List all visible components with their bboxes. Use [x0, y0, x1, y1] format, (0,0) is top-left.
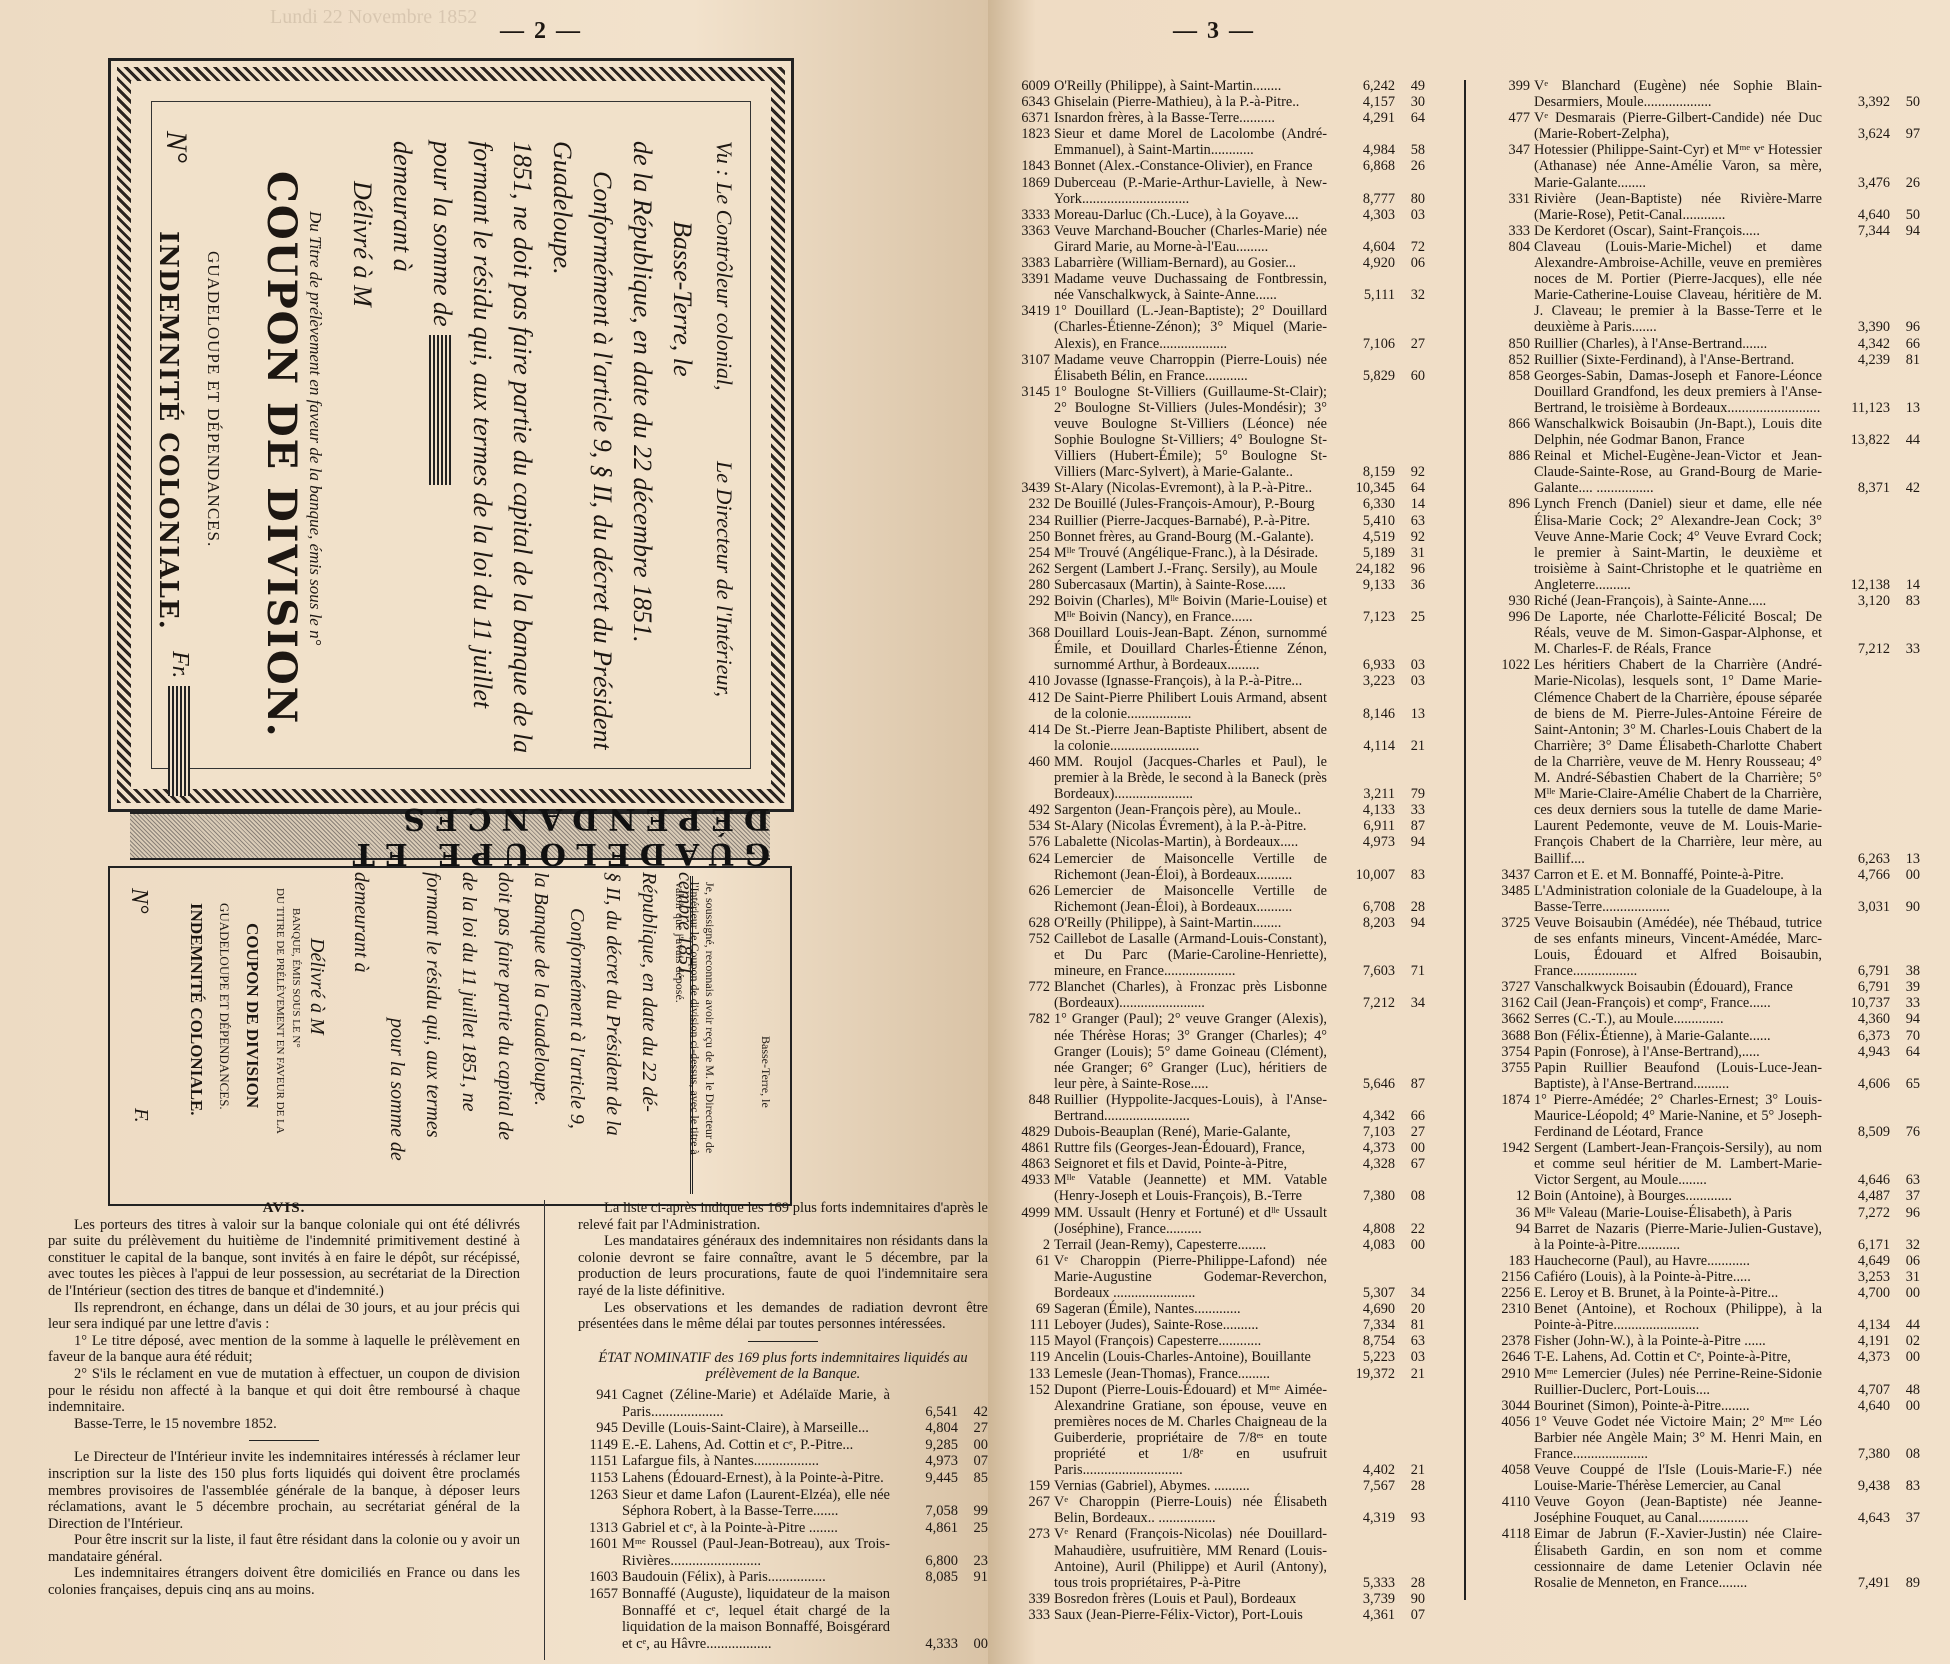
entry-cents: 03: [1399, 657, 1425, 673]
list-entry: 2378Fisher (John-W.), à la Pointe-à-Pitr…: [1490, 1333, 1920, 1349]
entry-amount: 19,372: [1331, 1366, 1395, 1382]
list-entry: 1601Mᵐᵉ Roussel (Paul-Jean-Botreau), aux…: [578, 1536, 988, 1569]
entry-name: St-Alary (Nicolas-Evremont), à la P.-à-P…: [1054, 480, 1327, 496]
entry-amount: 4,973: [1331, 834, 1395, 850]
coupon-stub: N° F. INDEMNITÉ COLONIALE. GUADELOUPE ET…: [108, 866, 792, 1206]
entry-cents: 25: [1399, 609, 1425, 625]
entry-amount: 4,643: [1826, 1510, 1890, 1526]
stub-subtitle: GUADELOUPE ET DÉPENDANCES.: [216, 903, 232, 1110]
entry-number: 12: [1490, 1188, 1530, 1204]
entry-name: Papin (Fonrose), à l'Anse-Bertrand),....…: [1534, 1044, 1822, 1060]
list-entry: 69Sageran (Émile), Nantes.............4,…: [1010, 1301, 1425, 1317]
entry-amount: 12,138: [1826, 577, 1890, 593]
list-entry: 772Blanchet (Charles), à Fronzac près Li…: [1010, 979, 1425, 1011]
entry-number: 339: [1010, 1591, 1050, 1607]
entry-cents: 89: [1894, 1575, 1920, 1591]
entry-number: 626: [1010, 883, 1050, 915]
list-entry: 119Ancelin (Louis-Charles-Antoine), Boui…: [1010, 1349, 1425, 1365]
entry-number: 6371: [1010, 110, 1050, 126]
entry-number: 945: [578, 1420, 618, 1437]
entry-cents: 02: [1894, 1333, 1920, 1349]
entry-cents: 81: [1399, 1317, 1425, 1333]
entry-cents: 13: [1399, 706, 1425, 722]
entry-name: De St.-Pierre Jean-Baptiste Philibert, a…: [1054, 722, 1327, 754]
entry-amount: 4,943: [1826, 1044, 1890, 1060]
entry-cents: 22: [1399, 1221, 1425, 1237]
entry-amount: 4,861: [894, 1520, 958, 1537]
entry-number: 2: [1010, 1237, 1050, 1253]
list-entry: 1313Gabriel et cᵉ, à la Pointe-à-Pitre .…: [578, 1520, 988, 1537]
entry-name: Deville (Louis-Saint-Claire), à Marseill…: [622, 1420, 890, 1437]
entry-number: 850: [1490, 336, 1530, 352]
entry-cents: 87: [1399, 1076, 1425, 1092]
entry-cents: 90: [1894, 899, 1920, 915]
entry-number: 6343: [1010, 94, 1050, 110]
entry-cents: 28: [1399, 1478, 1425, 1494]
list-entry: 18741° Pierre-Amédée; 2° Charles-Ernest;…: [1490, 1092, 1920, 1140]
entry-number: 1153: [578, 1470, 618, 1487]
list-entry: 1149E.-E. Lahens, Ad. Cottin et cᵉ, P.-P…: [578, 1437, 988, 1454]
entry-name: Madame veuve Duchassaing de Fontbressin,…: [1054, 271, 1327, 303]
entry-name: T-E. Lahens, Ad. Cottin et Cᵉ, Pointe-à-…: [1534, 1349, 1822, 1365]
entry-name: 1° Granger (Paul); 2° veuve Granger (Ale…: [1054, 1011, 1327, 1091]
entry-number: 333: [1490, 223, 1530, 239]
entry-name: O'Reilly (Philippe), à Saint-Martin.....…: [1054, 915, 1327, 931]
coupon-line-5: 1851, ne doit pas faire partie du capita…: [507, 141, 537, 753]
entry-amount: 4,319: [1331, 1510, 1395, 1526]
list-entry: 412De Saint-Pierre Philibert Louis Arman…: [1010, 690, 1425, 722]
list-entry: 6009O'Reilly (Philippe), à Saint-Martin.…: [1010, 78, 1425, 94]
list-entry: 267Vᵉ Charoppin (Pierre-Louis) née Élisa…: [1010, 1494, 1425, 1526]
entry-cents: 83: [1399, 867, 1425, 883]
entry-cents: 33: [1399, 802, 1425, 818]
entry-amount: 6,911: [1331, 818, 1395, 834]
receipt-place: Basse-Terre, le: [758, 1036, 773, 1108]
list-entry: 1022Les héritiers Chabert de la Charrièr…: [1490, 657, 1920, 866]
entry-amount: 3,624: [1826, 126, 1890, 142]
entry-cents: 27: [1399, 1124, 1425, 1140]
amount-hatch: [168, 686, 190, 796]
entry-amount: 4,804: [894, 1420, 958, 1437]
entry-amount: 6,541: [894, 1404, 958, 1421]
list-entry: 333De Kerdoret (Oscar), Saint-François..…: [1490, 223, 1920, 239]
list-entry: 4829Dubois-Beauplan (René), Marie-Galant…: [1010, 1124, 1425, 1140]
coupon-line-9: Basse-Terre, le: [667, 221, 697, 377]
list-entry: 752Caillebot de Lasalle (Armand-Louis-Co…: [1010, 931, 1425, 979]
entry-cents: 21: [1399, 738, 1425, 754]
entry-cents: 63: [1894, 1172, 1920, 1188]
list-entry: 626Lemercier de Maisoncelle Vertille de …: [1010, 883, 1425, 915]
entry-name: Gabriel et cᵉ, à la Pointe-à-Pitre .....…: [622, 1520, 890, 1537]
entry-number: 4933: [1010, 1172, 1050, 1204]
list-entry: 3439St-Alary (Nicolas-Evremont), à la P.…: [1010, 480, 1425, 496]
list-entry: 2910Mᵐᵉ Lemercier (Jules) née Perrine-Re…: [1490, 1366, 1920, 1398]
list-entry: 36Mˡˡᵉ Valeau (Marie-Louise-Élisabeth), …: [1490, 1205, 1920, 1221]
entry-name: Veuve Goyon (Jean-Baptiste) née Jeanne-J…: [1534, 1494, 1822, 1526]
entry-name: Baudouin (Félix), à Paris...............…: [622, 1569, 890, 1586]
list-entry: 339Bosredon frères (Louis et Paul), Bord…: [1010, 1591, 1425, 1607]
entry-number: 183: [1490, 1253, 1530, 1269]
entry-name: Caillebot de Lasalle (Armand-Louis-Const…: [1054, 931, 1327, 979]
entry-name: Bonnaffé (Auguste), liquidateur de la ma…: [622, 1586, 890, 1652]
entry-number: 3727: [1490, 979, 1530, 995]
entry-number: 3662: [1490, 1011, 1530, 1027]
entry-cents: 31: [1894, 1269, 1920, 1285]
entry-number: 280: [1010, 577, 1050, 593]
entry-amount: 4,519: [1331, 529, 1395, 545]
entry-number: 3485: [1490, 883, 1530, 915]
entry-cents: 38: [1894, 963, 1920, 979]
entry-number: 782: [1010, 1011, 1050, 1091]
entry-number: 3755: [1490, 1060, 1530, 1092]
list-entry: 94Barret de Nazaris (Pierre-Marie-Julien…: [1490, 1221, 1920, 1253]
entry-number: 1149: [578, 1437, 618, 1454]
entry-name: Bon (Félix-Étienne), à Marie-Galante....…: [1534, 1028, 1822, 1044]
entry-amount: 6,373: [1826, 1028, 1890, 1044]
entry-cents: 08: [1894, 1446, 1920, 1462]
entry-amount: 6,791: [1826, 979, 1890, 995]
entry-name: Vᵉ Desmarais (Pierre-Gilbert-Candide) né…: [1534, 110, 1822, 142]
entry-cents: 00: [1894, 1398, 1920, 1414]
entry-number: 2910: [1490, 1366, 1530, 1398]
entry-amount: 13,822: [1826, 432, 1890, 448]
entry-amount: 4,690: [1331, 1301, 1395, 1317]
stub-francs-label: F.: [129, 1108, 152, 1123]
entry-number: 3419: [1010, 303, 1050, 351]
stub-line-2: demeurant à: [349, 872, 372, 973]
entry-number: 414: [1010, 722, 1050, 754]
entry-name: Mˡˡᵉ Trouvé (Angélique-Franc.), à la Dés…: [1054, 545, 1327, 561]
entry-cents: 23: [962, 1553, 988, 1570]
entry-number: 2156: [1490, 1269, 1530, 1285]
entry-number: 4863: [1010, 1156, 1050, 1172]
entry-name: Wanschalkwick Boisaubin (Jn-Bapt.), Loui…: [1534, 416, 1822, 448]
column-rule: [1464, 80, 1466, 1600]
list-entry: 31451° Boulogne St-Villiers (Guillaume-S…: [1010, 384, 1425, 481]
entry-number: 4861: [1010, 1140, 1050, 1156]
entry-name: Claveau (Louis-Marie-Michel) et dame Ale…: [1534, 239, 1822, 336]
entry-name: Bonnet (Alex.-Constance-Olivier), en Fra…: [1054, 158, 1327, 174]
list-entry: 1869Duberceau (P.-Marie-Arthur-Lavielle,…: [1010, 175, 1425, 207]
entry-name: Leboyer (Judes), Sainte-Rose..........: [1054, 1317, 1327, 1333]
list-entry: 262Sergent (Lambert J.-Franç. Sersily), …: [1010, 561, 1425, 577]
divider: [748, 1341, 818, 1342]
entry-name: Bosredon frères (Louis et Paul), Bordeau…: [1054, 1591, 1327, 1607]
entry-amount: 8,203: [1331, 915, 1395, 931]
list-entry: 4110Veuve Goyon (Jean-Baptiste) née Jean…: [1490, 1494, 1920, 1526]
coupon-controleur: Vu : Le Contrôleur colonial,: [711, 141, 737, 391]
entry-number: 852: [1490, 352, 1530, 368]
entry-name: Veuve Couppé de l'Isle (Louis-Marie-F.) …: [1534, 1462, 1822, 1494]
entry-cents: 99: [962, 1503, 988, 1520]
entry-name: Cagnet (Zéline-Marie) et Adélaïde Marie,…: [622, 1387, 890, 1420]
stub-line-8: Conformément à l'article 9,: [565, 908, 588, 1129]
entry-name: Eimar de Jabrun (F.-Xavier-Justin) née C…: [1534, 1526, 1822, 1590]
entry-cents: 71: [1399, 963, 1425, 979]
entry-name: De Bouillé (Jules-François-Amour), P.-Bo…: [1054, 496, 1327, 512]
entry-amount: 7,212: [1331, 995, 1395, 1011]
entry-name: 1° Veuve Godet née Victoire Main; 2° Mᵐᵉ…: [1534, 1414, 1822, 1462]
entry-cents: 50: [1894, 94, 1920, 110]
entry-amount: 3,120: [1826, 593, 1890, 609]
entry-name: Mˡˡᵉ Vatable (Jeannette) et MM. Vatable …: [1054, 1172, 1327, 1204]
entry-amount: 5,189: [1331, 545, 1395, 561]
entry-cents: 60: [1399, 368, 1425, 384]
entry-number: 61: [1010, 1253, 1050, 1301]
entry-name: De Saint-Pierre Philibert Louis Armand, …: [1054, 690, 1327, 722]
list-entry: 331Rivière (Jean-Baptiste) née Rivière-M…: [1490, 191, 1920, 223]
entry-name: Lemercier de Maisoncelle Vertille de Ric…: [1054, 883, 1327, 915]
avis-title: AVIS.: [48, 1200, 520, 1217]
entry-amount: 10,737: [1826, 995, 1890, 1011]
entry-number: 399: [1490, 78, 1530, 110]
entry-amount: 7,123: [1331, 609, 1395, 625]
list-entry: 945Deville (Louis-Saint-Claire), à Marse…: [578, 1420, 988, 1437]
entry-cents: 08: [1399, 1188, 1425, 1204]
entry-amount: 4,604: [1331, 239, 1395, 255]
entry-amount: 4,342: [1331, 1108, 1395, 1124]
entry-cents: 79: [1399, 786, 1425, 802]
entry-cents: 21: [1399, 1366, 1425, 1382]
entry-amount: 4,402: [1331, 1462, 1395, 1478]
coupon-line-7: Conformément à l'article 9, § II, du déc…: [587, 171, 617, 750]
entry-amount: 4,646: [1826, 1172, 1890, 1188]
list-entry: 996De Laporte, née Charlotte-Félicité Bo…: [1490, 609, 1920, 657]
entry-number: 410: [1010, 673, 1050, 689]
page-number-left: — 2 —: [500, 18, 582, 45]
entry-number: 3391: [1010, 271, 1050, 303]
entry-number: 1022: [1490, 657, 1530, 866]
entry-cents: 48: [1894, 1382, 1920, 1398]
entry-cents: 30: [1399, 94, 1425, 110]
entry-cents: 67: [1399, 1156, 1425, 1172]
entry-amount: 4,360: [1826, 1011, 1890, 1027]
entry-cents: 96: [1894, 319, 1920, 335]
numero-label: N°: [159, 131, 193, 163]
receipt-box: Je, soussigné, reconnais avoir reçu de M…: [690, 876, 785, 1194]
entry-number: 159: [1010, 1478, 1050, 1494]
entry-name: Cafiéro (Louis), à la Pointe-à-Pitre....…: [1534, 1269, 1822, 1285]
entry-amount: 5,223: [1331, 1349, 1395, 1365]
entry-cents: 31: [1399, 545, 1425, 561]
entry-amount: 4,361: [1331, 1607, 1395, 1623]
entry-amount: 4,342: [1826, 336, 1890, 352]
stub-line-6: doit pas faire partie du capital de: [493, 872, 516, 1140]
entry-amount: 7,567: [1331, 1478, 1395, 1494]
coupon-line-2: demeurant à: [387, 141, 417, 272]
list-entry: 159Vernias (Gabriel), Abymes. ..........…: [1010, 1478, 1425, 1494]
avis-paragraph: Ils reprendront, en échange, dans un dél…: [48, 1300, 520, 1333]
entry-number: 848: [1010, 1092, 1050, 1124]
entry-name: Douillard Louis-Jean-Bapt. Zénon, surnom…: [1054, 625, 1327, 673]
entry-amount: 7,272: [1826, 1205, 1890, 1221]
entry-cents: 33: [1894, 995, 1920, 1011]
left-page: Lundi 22 Novembre 1852 — 2 — N° Fr. INDE…: [0, 0, 988, 1664]
entry-cents: 06: [1399, 255, 1425, 271]
entry-cents: 14: [1894, 577, 1920, 593]
entry-number: 866: [1490, 416, 1530, 448]
entry-cents: 27: [962, 1420, 988, 1437]
avis-date: Basse-Terre, le 15 novembre 1852.: [48, 1416, 520, 1433]
entry-cents: 00: [1399, 1140, 1425, 1156]
entry-name: Subercasaux (Martin), à Sainte-Rose.....…: [1054, 577, 1327, 593]
coupon-de-division: N° Fr. INDEMNITÉ COLONIALE. GUADELOUPE E…: [108, 58, 794, 812]
list-entry: 234Ruillier (Pierre-Jacques-Barnabé), P.…: [1010, 513, 1425, 529]
entry-amount: 9,133: [1331, 577, 1395, 593]
entry-name: Ruillier (Charles), à l'Anse-Bertrand...…: [1534, 336, 1822, 352]
entry-name: Hotessier (Philippe-Saint-Cyr) et Mᵐᵉ vᵉ…: [1534, 142, 1822, 190]
entry-name: Georges-Sabin, Damas-Joseph et Fanore-Lé…: [1534, 368, 1822, 416]
entry-cents: 14: [1399, 496, 1425, 512]
entry-name: Vanschalkwyck Boisaubin (Édouard), Franc…: [1534, 979, 1822, 995]
entry-amount: 4,487: [1826, 1188, 1890, 1204]
coupon-line-3-text: pour la somme de: [428, 141, 457, 327]
francs-text: Fr.: [167, 651, 193, 678]
entry-name: Vᵉ Charoppin (Pierre-Philippe-Lafond) né…: [1054, 1253, 1327, 1301]
entry-name: De Kerdoret (Oscar), Saint-François.....: [1534, 223, 1822, 239]
entry-amount: 8,371: [1826, 480, 1890, 496]
entry-amount: 3,392: [1826, 94, 1890, 110]
entry-cents: 32: [1399, 287, 1425, 303]
entry-name: Riché (Jean-François), à Sainte-Anne....…: [1534, 593, 1822, 609]
list-entry: 576Labalette (Nicolas-Martin), à Bordeau…: [1010, 834, 1425, 850]
entry-name: Moreau-Darluc (Ch.-Luce), à la Goyave...…: [1054, 207, 1327, 223]
list-entry: 3755Papin Ruillier Beaufond (Louis-Luce-…: [1490, 1060, 1920, 1092]
coupon-line-3: pour la somme de: [427, 141, 457, 485]
entry-amount: 6,800: [894, 1553, 958, 1570]
entry-number: 234: [1010, 513, 1050, 529]
coupon-line-8: de la République, en date du 22 décembre…: [627, 141, 657, 643]
entry-cents: 36: [1399, 577, 1425, 593]
entry-cents: 34: [1399, 995, 1425, 1011]
entry-number: 3725: [1490, 915, 1530, 979]
entry-number: 1313: [578, 1520, 618, 1537]
entry-name: Isnardon frères, à la Basse-Terre.......…: [1054, 110, 1327, 126]
list-entry: 624Lemercier de Maisoncelle Vertille de …: [1010, 851, 1425, 883]
list-entry: 3391Madame veuve Duchassaing de Fontbres…: [1010, 271, 1425, 303]
entry-cents: 64: [1399, 110, 1425, 126]
notice-paragraph: Les mandataires généraux des indemnitair…: [578, 1233, 988, 1299]
entry-cents: 32: [1894, 1237, 1920, 1253]
entry-number: 1657: [578, 1586, 618, 1652]
entry-number: 232: [1010, 496, 1050, 512]
entry-name: Bonnet frères, au Grand-Bourg (M.-Galant…: [1054, 529, 1327, 545]
list-entry: 410Jovasse (Ignasse-François), à la P.-à…: [1010, 673, 1425, 689]
entry-number: 267: [1010, 1494, 1050, 1526]
entry-name: St-Alary (Nicolas Évrement), à la P.-à-P…: [1054, 818, 1327, 834]
list-entry: 7821° Granger (Paul); 2° veuve Granger (…: [1010, 1011, 1425, 1091]
entry-name: Bourinet (Simon), Pointe-à-Pitre........: [1534, 1398, 1822, 1414]
entry-cents: 93: [1399, 1510, 1425, 1526]
entry-amount: 7,058: [894, 1503, 958, 1520]
entry-number: 368: [1010, 625, 1050, 673]
entry-amount: 4,333: [894, 1636, 958, 1653]
entry-amount: 7,380: [1826, 1446, 1890, 1462]
entry-amount: 8,509: [1826, 1124, 1890, 1140]
entry-name: Lemercier de Maisoncelle Vertille de Ric…: [1054, 851, 1327, 883]
list-entry: 1151Lafargue fils, à Nantes.............…: [578, 1453, 988, 1470]
coupon-line-4: formant le résidu qui, aux termes de la …: [467, 141, 497, 708]
entry-number: 1151: [578, 1453, 618, 1470]
entry-cents: 03: [1399, 207, 1425, 223]
entry-name: Sergent (Lambert-Jean-François-Sersily),…: [1534, 1140, 1822, 1188]
entry-amount: 6,263: [1826, 851, 1890, 867]
list-entry: 3107Madame veuve Charroppin (Pierre-Loui…: [1010, 352, 1425, 384]
entry-amount: 4,973: [894, 1453, 958, 1470]
entry-cents: 00: [1894, 1285, 1920, 1301]
entry-name: Seignoret et fils et David, Pointe-à-Pit…: [1054, 1156, 1327, 1172]
entry-cents: 00: [1399, 1237, 1425, 1253]
entry-amount: 4,328: [1331, 1156, 1395, 1172]
stub-caption-2: BANQUE, ÉMIS SOUS LE N°: [290, 908, 302, 1048]
entry-amount: 10,007: [1331, 867, 1395, 883]
entry-cents: 66: [1399, 1108, 1425, 1124]
entry-name: Boivin (Charles), Mˡˡᵉ Boivin (Marie-Lou…: [1054, 593, 1327, 625]
entry-amount: 5,307: [1331, 1285, 1395, 1301]
entry-cents: 94: [1894, 1011, 1920, 1027]
list-entry: 4058Veuve Couppé de l'Isle (Louis-Marie-…: [1490, 1462, 1920, 1494]
entry-number: 624: [1010, 851, 1050, 883]
entry-amount: 6,708: [1331, 899, 1395, 915]
entry-amount: 5,829: [1331, 368, 1395, 384]
avis-column: AVIS. Les porteurs des titres à valoir s…: [48, 1200, 520, 1599]
entry-amount: 6,791: [1826, 963, 1890, 979]
entry-number: 1823: [1010, 126, 1050, 158]
entry-cents: 63: [1399, 513, 1425, 529]
entry-amount: 8,146: [1331, 706, 1395, 722]
list-entry: 280Subercasaux (Martin), à Sainte-Rose..…: [1010, 577, 1425, 593]
entry-cents: 34: [1399, 1285, 1425, 1301]
entry-number: 492: [1010, 802, 1050, 818]
entry-cents: 26: [1894, 175, 1920, 191]
stub-line-5: de la loi du 11 juillet 1851, ne: [457, 872, 480, 1112]
entry-name: De Laporte, née Charlotte-Félicité Bosca…: [1534, 609, 1822, 657]
entry-cents: 90: [1399, 1591, 1425, 1607]
entry-number: 111: [1010, 1317, 1050, 1333]
stub-heading: COUPON DE DIVISION: [242, 923, 262, 1108]
entry-name: E. Leroy et B. Brunet, à la Pointe-à-Pit…: [1534, 1285, 1822, 1301]
entry-cents: 92: [1399, 464, 1425, 480]
entry-name: Sieur et dame Lafon (Laurent-Elzéa), ell…: [622, 1487, 890, 1520]
list-entry: 2256E. Leroy et B. Brunet, à la Pointe-à…: [1490, 1285, 1920, 1301]
list-entry: 2310Benet (Antoine), et Rochoux (Philipp…: [1490, 1301, 1920, 1333]
entry-cents: 83: [1894, 593, 1920, 609]
entry-cents: 64: [1399, 480, 1425, 496]
entry-amount: 4,133: [1331, 802, 1395, 818]
list-entry: 2156Cafiéro (Louis), à la Pointe-à-Pitre…: [1490, 1269, 1920, 1285]
entry-amount: 11,123: [1826, 400, 1890, 416]
entry-number: 262: [1010, 561, 1050, 577]
entry-cents: 94: [1894, 223, 1920, 239]
entry-cents: 33: [1894, 641, 1920, 657]
stub-line-9: § II, du décret du Président de la: [601, 872, 624, 1136]
entry-cents: 26: [1399, 158, 1425, 174]
list-entry: 1942Sergent (Lambert-Jean-François-Sersi…: [1490, 1140, 1920, 1188]
entry-number: 347: [1490, 142, 1530, 190]
receipt-text: Je, soussigné, reconnais avoir reçu de M…: [672, 882, 717, 1182]
list-entry: 152Dupont (Pierre-Louis-Édouard) et Mᵐᵉ …: [1010, 1382, 1425, 1479]
amount-hatch: [429, 335, 451, 485]
avis-paragraph: Le Directeur de l'Intérieur invite les i…: [48, 1449, 520, 1532]
entry-number: 412: [1010, 690, 1050, 722]
entry-cents: 76: [1894, 1124, 1920, 1140]
entry-cents: 06: [1894, 1253, 1920, 1269]
entry-cents: 07: [962, 1453, 988, 1470]
entry-name: Lafargue fils, à Nantes.................…: [622, 1453, 890, 1470]
list-entry: 941Cagnet (Zéline-Marie) et Adélaïde Mar…: [578, 1387, 988, 1420]
indemnitaires-list-column-2: 399Vᵉ Blanchard (Eugène) née Sophie Blai…: [1490, 78, 1920, 1591]
divider: [249, 1440, 319, 1441]
